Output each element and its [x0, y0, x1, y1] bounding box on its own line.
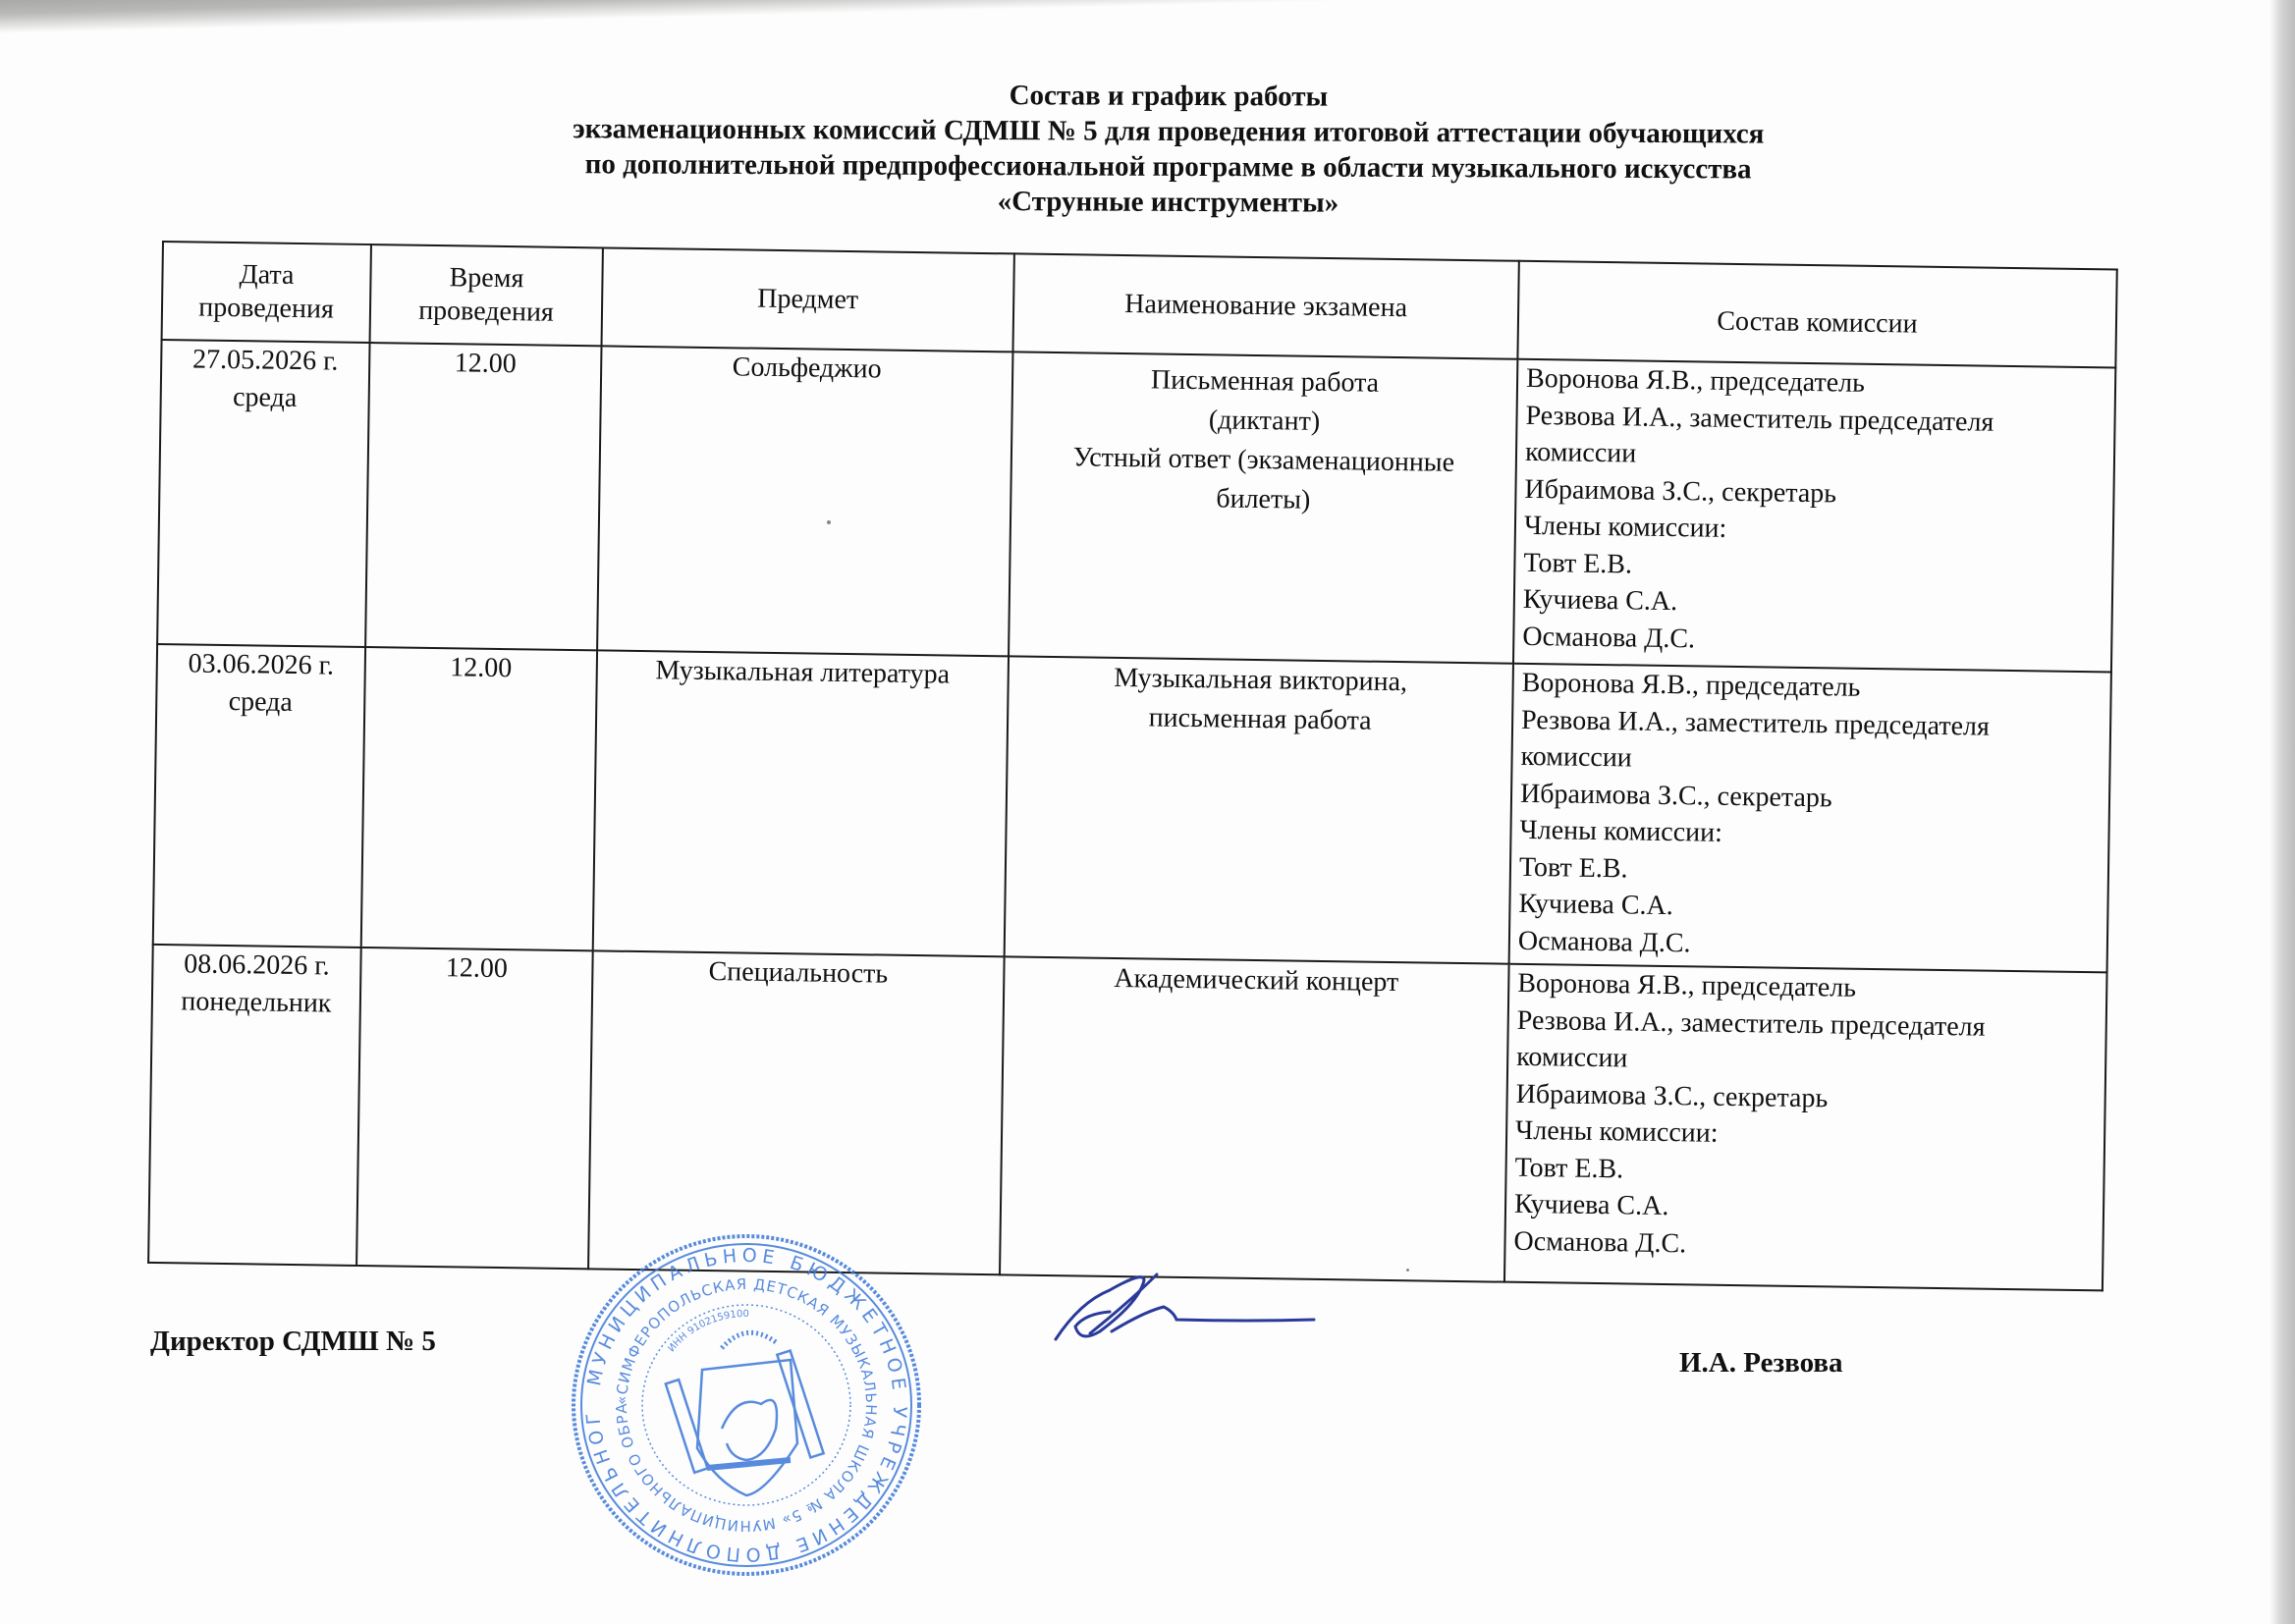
cell-exam-name: Музыкальная викторина, письменная работа	[1005, 656, 1513, 963]
cell-exam-name: Письменная работа (диктант) Устный ответ…	[1009, 352, 1517, 663]
cell-time: 12.00	[356, 947, 593, 1269]
table-row: 03.06.2026 г. среда 12.00 Музыкальная ли…	[153, 644, 2111, 972]
document-title: Состав и график работы экзаменационных к…	[294, 75, 2043, 224]
schedule-sheet: Дата проведения Время проведения Предмет…	[147, 241, 2116, 1291]
scan-speck	[827, 520, 831, 524]
cell-exam-name: Академический концерт	[1000, 956, 1509, 1281]
title-line-4: «Струнные инструменты»	[294, 181, 2042, 224]
official-stamp-icon: МУНИЦИПАЛЬНОЕ БЮДЖЕТНОЕ УЧРЕЖДЕНИЕ ДОПОЛ…	[570, 1232, 923, 1578]
scan-right-shadow	[2269, 0, 2295, 1624]
table-row: 27.05.2026 г. среда 12.00 Сольфеджио Пис…	[157, 340, 2115, 672]
cell-commission: Воронова Я.В., председатель Резвова И.А.…	[1513, 359, 2115, 673]
cell-subject: Музыкальная литература	[593, 650, 1009, 956]
exam-schedule-table: Дата проведения Время проведения Предмет…	[147, 241, 2118, 1291]
header-subject: Предмет	[602, 247, 1014, 352]
table-row: 08.06.2026 г. понедельник 12.00 Специаль…	[148, 945, 2106, 1290]
scan-top-shadow	[0, 0, 2295, 39]
director-name: И.А. Резвова	[1679, 1347, 1843, 1380]
director-position-label: Директор СДМШ № 5	[150, 1326, 436, 1358]
cell-date: 27.05.2026 г. среда	[157, 340, 369, 647]
cell-commission: Воронова Я.В., председатель Резвова И.А.…	[1504, 964, 2107, 1291]
cell-commission: Воронова Я.В., председатель Резвова И.А.…	[1509, 664, 2111, 973]
cell-subject: Специальность	[588, 950, 1005, 1274]
cell-subject: Сольфеджио	[597, 346, 1012, 656]
cell-date: 03.06.2026 г. среда	[153, 644, 365, 947]
handwritten-signature-icon	[1051, 1263, 1326, 1351]
header-commission: Состав комиссии	[1517, 261, 2116, 368]
header-exam-name: Наименование экзамена	[1012, 253, 1518, 358]
cell-date: 08.06.2026 г. понедельник	[148, 945, 361, 1266]
header-date: Дата проведения	[162, 242, 371, 343]
cell-time: 12.00	[365, 343, 601, 650]
scan-speck	[1406, 1269, 1409, 1272]
cell-time: 12.00	[361, 647, 597, 950]
header-time: Время проведения	[370, 244, 603, 346]
svg-text:ИНН 9102159100: ИНН 9102159100	[666, 1309, 749, 1354]
